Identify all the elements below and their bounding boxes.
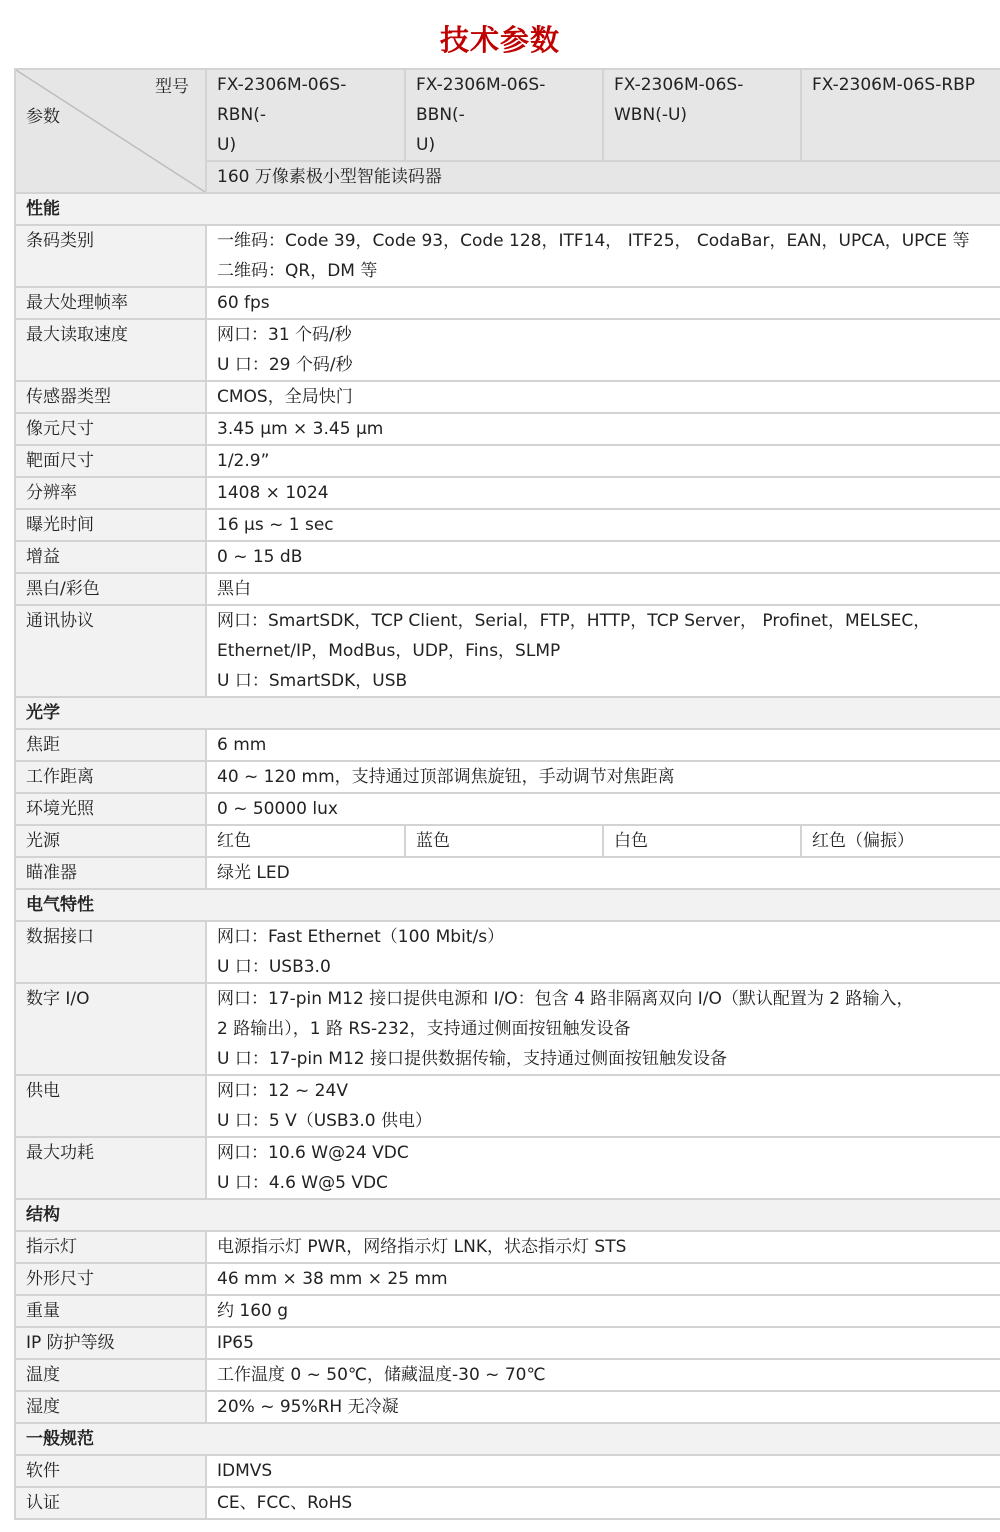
spec-value-line: 1408 × 1024 <box>217 478 990 508</box>
corner-label-model: 型号 <box>155 72 189 102</box>
spec-value: 0 ~ 15 dB <box>206 541 1000 573</box>
spec-label: 数字 I/O <box>15 983 206 1075</box>
product-description: 160 万像素极小型智能读码器 <box>206 161 1000 193</box>
spec-value-line: 绿光 LED <box>217 858 990 888</box>
spec-value-line: 46 mm × 38 mm × 25 mm <box>217 1264 990 1294</box>
spec-value: 6 mm <box>206 729 1000 761</box>
section-header-electrical: 电气特性 <box>15 889 1000 921</box>
spec-value-line: 约 160 g <box>217 1296 990 1326</box>
spec-label: 温度 <box>15 1359 206 1391</box>
spec-value: CMOS，全局快门 <box>206 381 1000 413</box>
spec-label: 环境光照 <box>15 793 206 825</box>
spec-value: 0 ~ 50000 lux <box>206 793 1000 825</box>
spec-row: 曝光时间16 µs ~ 1 sec <box>15 509 1000 541</box>
section-header-structure: 结构 <box>15 1199 1000 1231</box>
spec-value-line: CMOS，全局快门 <box>217 382 990 412</box>
section-title: 性能 <box>15 193 1000 225</box>
spec-value-line: IP65 <box>217 1328 990 1358</box>
spec-value: 绿光 LED <box>206 857 1000 889</box>
spec-value-line: U 口：29 个码/秒 <box>217 350 990 380</box>
spec-value-line: 网口：12 ~ 24V <box>217 1076 990 1106</box>
spec-label: 外形尺寸 <box>15 1263 206 1295</box>
spec-value-line: 电源指示灯 PWR，网络指示灯 LNK，状态指示灯 STS <box>217 1232 990 1262</box>
spec-value: 一维码：Code 39，Code 93，Code 128，ITF14， ITF2… <box>206 225 1000 287</box>
spec-value: IP65 <box>206 1327 1000 1359</box>
spec-row: IP 防护等级IP65 <box>15 1327 1000 1359</box>
section-header-general: 一般规范 <box>15 1423 1000 1455</box>
spec-value: 1408 × 1024 <box>206 477 1000 509</box>
spec-value: 工作温度 0 ~ 50℃，储藏温度-30 ~ 70℃ <box>206 1359 1000 1391</box>
spec-value-line: 0 ~ 15 dB <box>217 542 990 572</box>
model-cell-1: FX-2306M-06S-RBN(-U) <box>206 69 405 161</box>
spec-table: 型号 参数 FX-2306M-06S-RBN(-U) FX-2306M-06S-… <box>14 68 1000 1520</box>
spec-label: 条码类别 <box>15 225 206 287</box>
section-title: 结构 <box>15 1199 1000 1231</box>
model-cell-3: FX-2306M-06S-WBN(-U) <box>603 69 801 161</box>
spec-value: 网口：10.6 W@24 VDCU 口：4.6 W@5 VDC <box>206 1137 1000 1199</box>
section-title: 光学 <box>15 697 1000 729</box>
light-source-value-3: 白色 <box>603 825 801 857</box>
light-source-value-2: 蓝色 <box>405 825 603 857</box>
spec-value-line: CE、FCC、RoHS <box>217 1488 990 1518</box>
spec-row: 供电网口：12 ~ 24VU 口：5 V（USB3.0 供电） <box>15 1075 1000 1137</box>
spec-value-line: 二维码：QR，DM 等 <box>217 256 990 286</box>
spec-value: 电源指示灯 PWR，网络指示灯 LNK，状态指示灯 STS <box>206 1231 1000 1263</box>
spec-label: 工作距离 <box>15 761 206 793</box>
spec-value-line: 一维码：Code 39，Code 93，Code 128，ITF14， ITF2… <box>217 226 990 256</box>
spec-value: 46 mm × 38 mm × 25 mm <box>206 1263 1000 1295</box>
spec-value: 60 fps <box>206 287 1000 319</box>
spec-label: 最大处理帧率 <box>15 287 206 319</box>
spec-label: IP 防护等级 <box>15 1327 206 1359</box>
spec-value: IDMVS <box>206 1455 1000 1487</box>
section-title: 电气特性 <box>15 889 1000 921</box>
spec-label: 认证 <box>15 1487 206 1519</box>
corner-label-param: 参数 <box>26 102 60 132</box>
spec-label: 靶面尺寸 <box>15 445 206 477</box>
spec-value: 网口：31 个码/秒U 口：29 个码/秒 <box>206 319 1000 381</box>
spec-row: 增益0 ~ 15 dB <box>15 541 1000 573</box>
page-title: 技术参数 <box>0 18 1000 59</box>
spec-label: 曝光时间 <box>15 509 206 541</box>
spec-value: 网口：12 ~ 24VU 口：5 V（USB3.0 供电） <box>206 1075 1000 1137</box>
spec-value: 3.45 µm × 3.45 µm <box>206 413 1000 445</box>
spec-value: 20% ~ 95%RH 无冷凝 <box>206 1391 1000 1423</box>
spec-value-line: 网口：10.6 W@24 VDC <box>217 1138 990 1168</box>
spec-row: 工作距离40 ~ 120 mm，支持通过顶部调焦旋钮，手动调节对焦距离 <box>15 761 1000 793</box>
spec-label: 光源 <box>15 825 206 857</box>
section-header-optics: 光学 <box>15 697 1000 729</box>
spec-row: 最大读取速度网口：31 个码/秒U 口：29 个码/秒 <box>15 319 1000 381</box>
spec-value-line: U 口：4.6 W@5 VDC <box>217 1168 990 1198</box>
model-header-row: 型号 参数 FX-2306M-06S-RBN(-U) FX-2306M-06S-… <box>15 69 1000 161</box>
spec-label: 软件 <box>15 1455 206 1487</box>
spec-value-line: 0 ~ 50000 lux <box>217 794 990 824</box>
spec-value: CE、FCC、RoHS <box>206 1487 1000 1519</box>
spec-label: 传感器类型 <box>15 381 206 413</box>
spec-value-line: IDMVS <box>217 1456 990 1486</box>
spec-label: 像元尺寸 <box>15 413 206 445</box>
corner-header-cell: 型号 参数 <box>15 69 206 193</box>
spec-row: 像元尺寸3.45 µm × 3.45 µm <box>15 413 1000 445</box>
spec-row: 瞄准器绿光 LED <box>15 857 1000 889</box>
spec-label: 指示灯 <box>15 1231 206 1263</box>
spec-value: 网口：Fast Ethernet（100 Mbit/s）U 口：USB3.0 <box>206 921 1000 983</box>
spec-row: 指示灯电源指示灯 PWR，网络指示灯 LNK，状态指示灯 STS <box>15 1231 1000 1263</box>
spec-value-line: 网口：31 个码/秒 <box>217 320 990 350</box>
model-cell-2: FX-2306M-06S-BBN(-U) <box>405 69 603 161</box>
spec-value-line: 网口：17-pin M12 接口提供电源和 I/O：包含 4 路非隔离双向 I/… <box>217 984 990 1014</box>
spec-value-line: 2 路输出），1 路 RS-232，支持通过侧面按钮触发设备 <box>217 1014 990 1044</box>
spec-row-light-source: 光源红色蓝色白色红色（偏振） <box>15 825 1000 857</box>
spec-row: 最大处理帧率60 fps <box>15 287 1000 319</box>
spec-value-line: 60 fps <box>217 288 990 318</box>
spec-value-line: 黑白 <box>217 574 990 604</box>
spec-row: 外形尺寸46 mm × 38 mm × 25 mm <box>15 1263 1000 1295</box>
spec-row: 条码类别一维码：Code 39，Code 93，Code 128，ITF14， … <box>15 225 1000 287</box>
spec-row: 数字 I/O网口：17-pin M12 接口提供电源和 I/O：包含 4 路非隔… <box>15 983 1000 1075</box>
section-title: 一般规范 <box>15 1423 1000 1455</box>
spec-label: 最大读取速度 <box>15 319 206 381</box>
spec-row: 传感器类型CMOS，全局快门 <box>15 381 1000 413</box>
spec-row: 最大功耗网口：10.6 W@24 VDCU 口：4.6 W@5 VDC <box>15 1137 1000 1199</box>
section-header-performance: 性能 <box>15 193 1000 225</box>
spec-label: 供电 <box>15 1075 206 1137</box>
spec-value: 网口：SmartSDK，TCP Client，Serial，FTP，HTTP，T… <box>206 605 1000 697</box>
spec-value-line: U 口：5 V（USB3.0 供电） <box>217 1106 990 1136</box>
spec-label: 最大功耗 <box>15 1137 206 1199</box>
spec-row: 温度工作温度 0 ~ 50℃，储藏温度-30 ~ 70℃ <box>15 1359 1000 1391</box>
spec-row: 环境光照0 ~ 50000 lux <box>15 793 1000 825</box>
spec-row: 重量约 160 g <box>15 1295 1000 1327</box>
spec-value-line: 3.45 µm × 3.45 µm <box>217 414 990 444</box>
spec-row: 分辨率1408 × 1024 <box>15 477 1000 509</box>
spec-label: 焦距 <box>15 729 206 761</box>
spec-value-line: 工作温度 0 ~ 50℃，储藏温度-30 ~ 70℃ <box>217 1360 990 1390</box>
spec-row: 靶面尺寸1/2.9” <box>15 445 1000 477</box>
spec-value-line: 16 µs ~ 1 sec <box>217 510 990 540</box>
spec-value: 16 µs ~ 1 sec <box>206 509 1000 541</box>
spec-value: 黑白 <box>206 573 1000 605</box>
light-source-value-1: 红色 <box>206 825 405 857</box>
spec-row: 焦距6 mm <box>15 729 1000 761</box>
spec-value-line: Ethernet/IP，ModBus，UDP，Fins，SLMP <box>217 636 990 666</box>
spec-value-line: 40 ~ 120 mm，支持通过顶部调焦旋钮，手动调节对焦距离 <box>217 762 990 792</box>
spec-row: 湿度20% ~ 95%RH 无冷凝 <box>15 1391 1000 1423</box>
spec-value-line: 20% ~ 95%RH 无冷凝 <box>217 1392 990 1422</box>
spec-value: 1/2.9” <box>206 445 1000 477</box>
spec-row: 通讯协议网口：SmartSDK，TCP Client，Serial，FTP，HT… <box>15 605 1000 697</box>
spec-row: 软件IDMVS <box>15 1455 1000 1487</box>
model-cell-4: FX-2306M-06S-RBP <box>801 69 1000 161</box>
spec-value-line: 网口：SmartSDK，TCP Client，Serial，FTP，HTTP，T… <box>217 606 990 636</box>
spec-row: 数据接口网口：Fast Ethernet（100 Mbit/s）U 口：USB3… <box>15 921 1000 983</box>
spec-label: 通讯协议 <box>15 605 206 697</box>
spec-value-line: 网口：Fast Ethernet（100 Mbit/s） <box>217 922 990 952</box>
spec-label: 黑白/彩色 <box>15 573 206 605</box>
spec-label: 湿度 <box>15 1391 206 1423</box>
spec-value-line: 1/2.9” <box>217 446 990 476</box>
spec-label: 数据接口 <box>15 921 206 983</box>
spec-value-line: U 口：17-pin M12 接口提供数据传输，支持通过侧面按钮触发设备 <box>217 1044 990 1074</box>
spec-value-line: U 口：SmartSDK，USB <box>217 666 990 696</box>
spec-label: 瞄准器 <box>15 857 206 889</box>
spec-label: 增益 <box>15 541 206 573</box>
light-source-value-4: 红色（偏振） <box>801 825 1000 857</box>
spec-value-line: 6 mm <box>217 730 990 760</box>
spec-row: 黑白/彩色黑白 <box>15 573 1000 605</box>
spec-label: 重量 <box>15 1295 206 1327</box>
spec-value: 40 ~ 120 mm，支持通过顶部调焦旋钮，手动调节对焦距离 <box>206 761 1000 793</box>
spec-value: 约 160 g <box>206 1295 1000 1327</box>
spec-value-line: U 口：USB3.0 <box>217 952 990 982</box>
spec-value: 网口：17-pin M12 接口提供电源和 I/O：包含 4 路非隔离双向 I/… <box>206 983 1000 1075</box>
spec-row: 认证CE、FCC、RoHS <box>15 1487 1000 1519</box>
spec-label: 分辨率 <box>15 477 206 509</box>
